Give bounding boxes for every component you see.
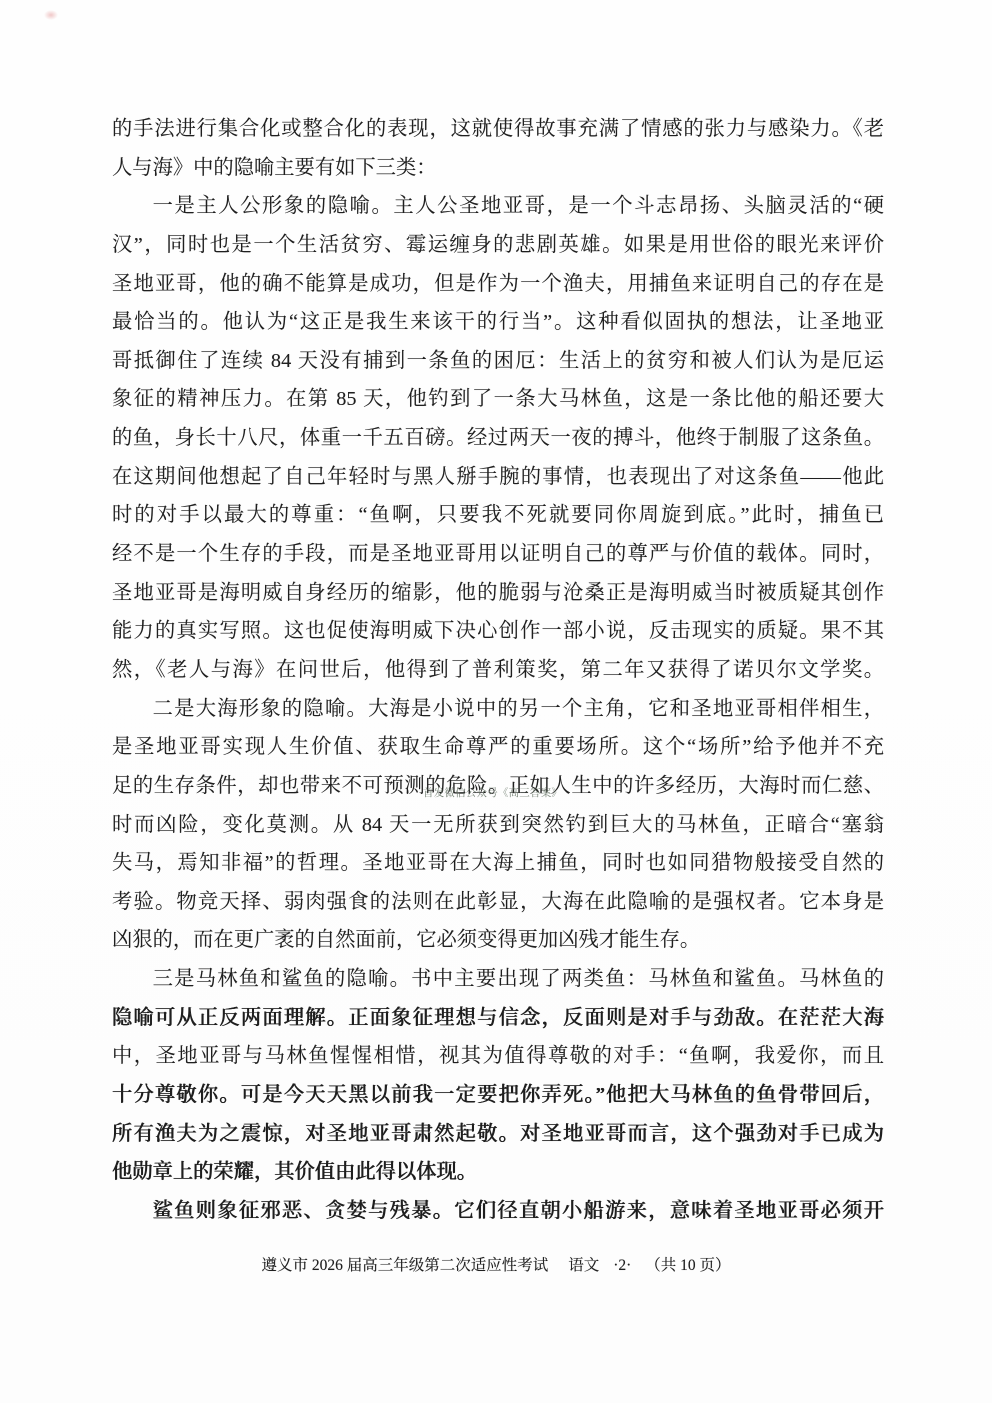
text-line: 隐喻可从正反两面理解。正面象征理想与信念，反面则是对手与劲敌。在茫茫大海 xyxy=(112,999,884,1038)
text-line: 圣地亚哥是海明威自身经历的缩影，他的脆弱与沧桑正是海明威当时被质疑其创作 xyxy=(112,574,884,613)
footer-page-count: （共 10 页） xyxy=(645,1253,730,1275)
page-footer: 遵义市 2026 届高三年级第二次适应性考试 语文 ·2· （共 10 页） xyxy=(0,1253,992,1275)
text-line: 所有渔夫为之震惊，对圣地亚哥肃然起敬。对圣地亚哥而言，这个强劲对手已成为 xyxy=(112,1115,884,1154)
text-line: 哥抵御住了连续 84 天没有捕到一条鱼的困厄：生活上的贫穷和被人们认为是厄运 xyxy=(112,342,884,381)
text-line: 二是大海形象的隐喻。大海是小说中的另一个主角，它和圣地亚哥相伴相生， xyxy=(112,690,884,729)
text-line: 然，《老人与海》在问世后，他得到了普利策奖，第二年又获得了诺贝尔文学奖。 xyxy=(112,651,884,690)
text-line: 经不是一个生存的手段，而是圣地亚哥用以证明自己的尊严与价值的载体。同时， xyxy=(112,535,884,574)
text-line: 象征的精神压力。在第 85 天，他钓到了一条大马林鱼，这是一条比他的船还要大 xyxy=(112,380,884,419)
footer-page-number: ·2· xyxy=(613,1257,631,1275)
text-line: 鲨鱼则象征邪恶、贪婪与残暴。它们径直朝小船游来，意味着圣地亚哥必须开 xyxy=(112,1192,884,1231)
red-pen-mark xyxy=(44,10,58,20)
text-line: 时而凶险，变化莫测。从 84 天一无所获到突然钓到巨大的马林鱼，正暗合“塞翁 xyxy=(112,806,884,845)
text-line: 是圣地亚哥实现人生价值、获取生命尊严的重要场所。这个“场所”给予他并不充 xyxy=(112,728,884,767)
text-line: 三是马林鱼和鲨鱼的隐喻。书中主要出现了两类鱼：马林鱼和鲨鱼。马林鱼的 xyxy=(112,960,884,999)
footer-exam-title: 遵义市 2026 届高三年级第二次适应性考试 xyxy=(261,1253,548,1275)
text-line: 人与海》中的隐喻主要有如下三类： xyxy=(112,149,884,188)
watermark-text: 首发微信公众号《高三答案》 xyxy=(423,785,562,800)
text-line: 能力的真实写照。这也促使海明威下决心创作一部小说，反击现实的质疑。果不其 xyxy=(112,612,884,651)
text-line: 失马，焉知非福”的哲理。圣地亚哥在大海上捕鱼，同时也如同猎物般接受自然的 xyxy=(112,844,884,883)
text-line: 他勋章上的荣耀，其价值由此得以体现。 xyxy=(112,1153,884,1192)
text-line: 十分尊敬你。可是今天天黑以前我一定要把你弄死。”他把大马林鱼的鱼骨带回后， xyxy=(112,1076,884,1115)
text-line: 中，圣地亚哥与马林鱼惺惺相惜，视其为值得尊敬的对手：“鱼啊，我爱你，而且 xyxy=(112,1037,884,1076)
text-line: 最恰当的。他认为“这正是我生来该干的行当”。这种看似固执的想法，让圣地亚 xyxy=(112,303,884,342)
document-lines: 的手法进行集合化或整合化的表现，这就使得故事充满了情感的张力与感染力。《老人与海… xyxy=(112,110,884,1231)
text-line: 的手法进行集合化或整合化的表现，这就使得故事充满了情感的张力与感染力。《老 xyxy=(112,110,884,149)
text-line: 在这期间他想起了自己年轻时与黑人掰手腕的事情，也表现出了对这条鱼——他此 xyxy=(112,458,884,497)
text-line: 圣地亚哥，他的确不能算是成功，但是作为一个渔夫，用捕鱼来证明自己的存在是 xyxy=(112,265,884,304)
text-line: 凶狠的，而在更广袤的自然面前，它必须变得更加凶残才能生存。 xyxy=(112,921,884,960)
text-line: 时的对手以最大的尊重：“鱼啊，只要我不死就要同你周旋到底。”此时，捕鱼已 xyxy=(112,496,884,535)
text-line: 一是主人公形象的隐喻。主人公圣地亚哥，是一个斗志昂扬、头脑灵活的“硬 xyxy=(112,187,884,226)
text-line: 汉”，同时也是一个生活贫穷、霉运缠身的悲剧英雄。如果是用世俗的眼光来评价 xyxy=(112,226,884,265)
text-line: 考验。物竞天择、弱肉强食的法则在此彰显，大海在此隐喻的是强权者。它本身是 xyxy=(112,883,884,922)
footer-subject: 语文 xyxy=(568,1253,599,1275)
scanned-page: 的手法进行集合化或整合化的表现，这就使得故事充满了情感的张力与感染力。《老人与海… xyxy=(0,0,992,1403)
text-line: 的鱼，身长十八尺，体重一千五百磅。经过两天一夜的搏斗，他终于制服了这条鱼。 xyxy=(112,419,884,458)
